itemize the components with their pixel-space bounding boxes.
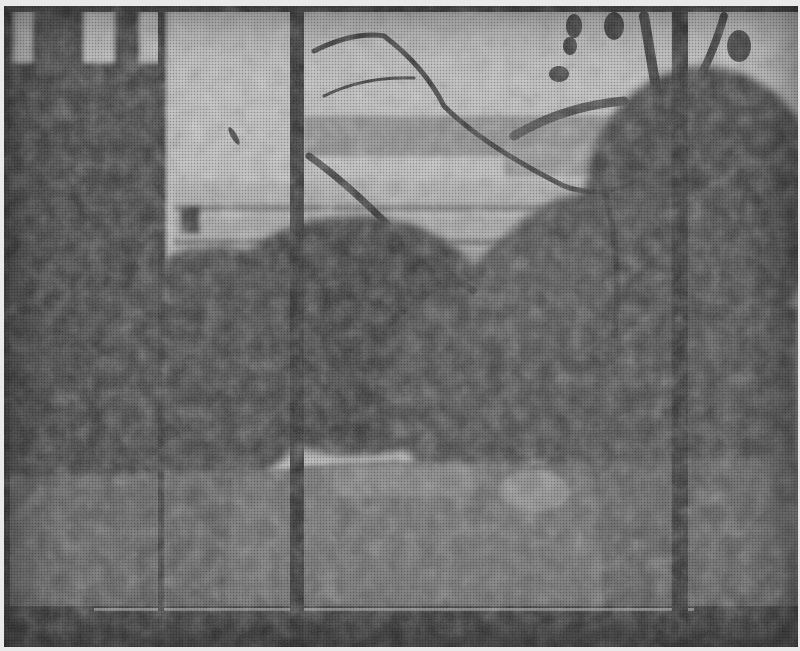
halftone-noise [4,6,798,647]
halftone-photograph [4,6,798,647]
photo-scene [4,6,798,647]
